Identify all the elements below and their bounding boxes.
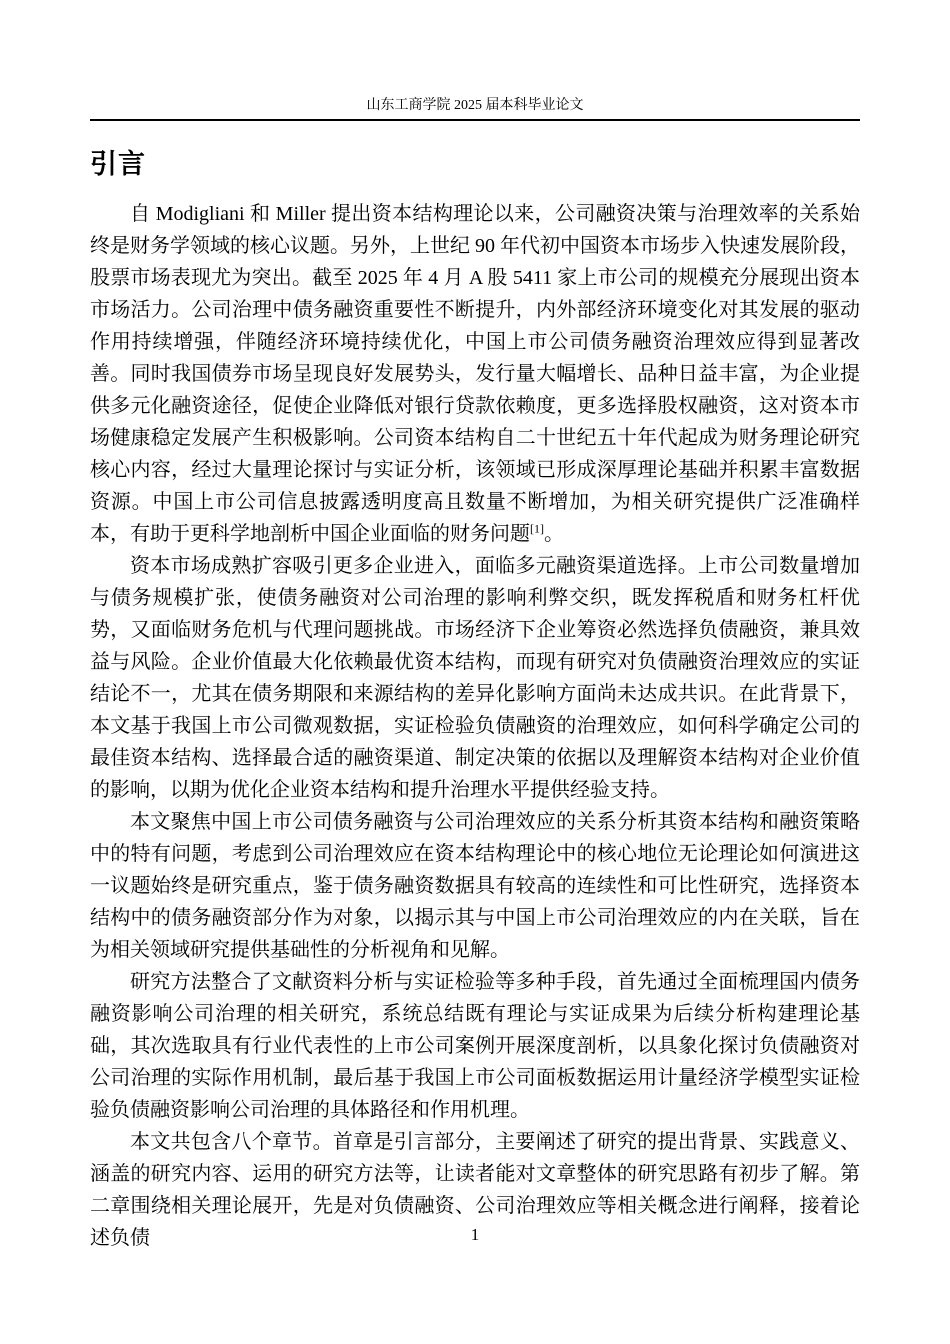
section-heading: 引言 <box>90 148 860 181</box>
paragraph: 研究方法整合了文献资料分析与实证检验等多种手段，首先通过全面梳理国内债务融资影响… <box>90 966 860 1126</box>
paragraph-text: 本文聚焦中国上市公司债务融资与公司治理效应的关系分析其资本结构和融资策略中的特有… <box>90 811 860 961</box>
running-head-title: 山东工商学院 2025 届本科毕业论文 <box>90 97 860 114</box>
paragraph: 本文聚焦中国上市公司债务融资与公司治理效应的关系分析其资本结构和融资策略中的特有… <box>90 806 860 966</box>
header-rule <box>90 119 860 121</box>
paragraph-text: 自 Modigliani 和 Miller 提出资本结构理论以来，公司融资决策与… <box>90 203 860 545</box>
page-header: 山东工商学院 2025 届本科毕业论文 <box>90 0 860 121</box>
page-content: 山东工商学院 2025 届本科毕业论文 引言 自 Modigliani 和 Mi… <box>90 0 860 1254</box>
paragraph: 自 Modigliani 和 Miller 提出资本结构理论以来，公司融资决策与… <box>90 198 860 550</box>
paragraph-text: 资本市场成熟扩容吸引更多企业进入，面临多元融资渠道选择。上市公司数量增加与债务规… <box>90 555 860 801</box>
document-body: 自 Modigliani 和 Miller 提出资本结构理论以来，公司融资决策与… <box>90 198 860 1254</box>
page-number: 1 <box>471 1225 480 1244</box>
paragraph-text: 。 <box>544 523 564 545</box>
paragraph: 资本市场成熟扩容吸引更多企业进入，面临多元融资渠道选择。上市公司数量增加与债务规… <box>90 550 860 806</box>
thesis-page: 山东工商学院 2025 届本科毕业论文 引言 自 Modigliani 和 Mi… <box>0 0 950 1344</box>
page-footer: 1 <box>0 1224 950 1246</box>
citation-ref: [1] <box>530 521 544 535</box>
paragraph-text: 研究方法整合了文献资料分析与实证检验等多种手段，首先通过全面梳理国内债务融资影响… <box>90 971 860 1121</box>
